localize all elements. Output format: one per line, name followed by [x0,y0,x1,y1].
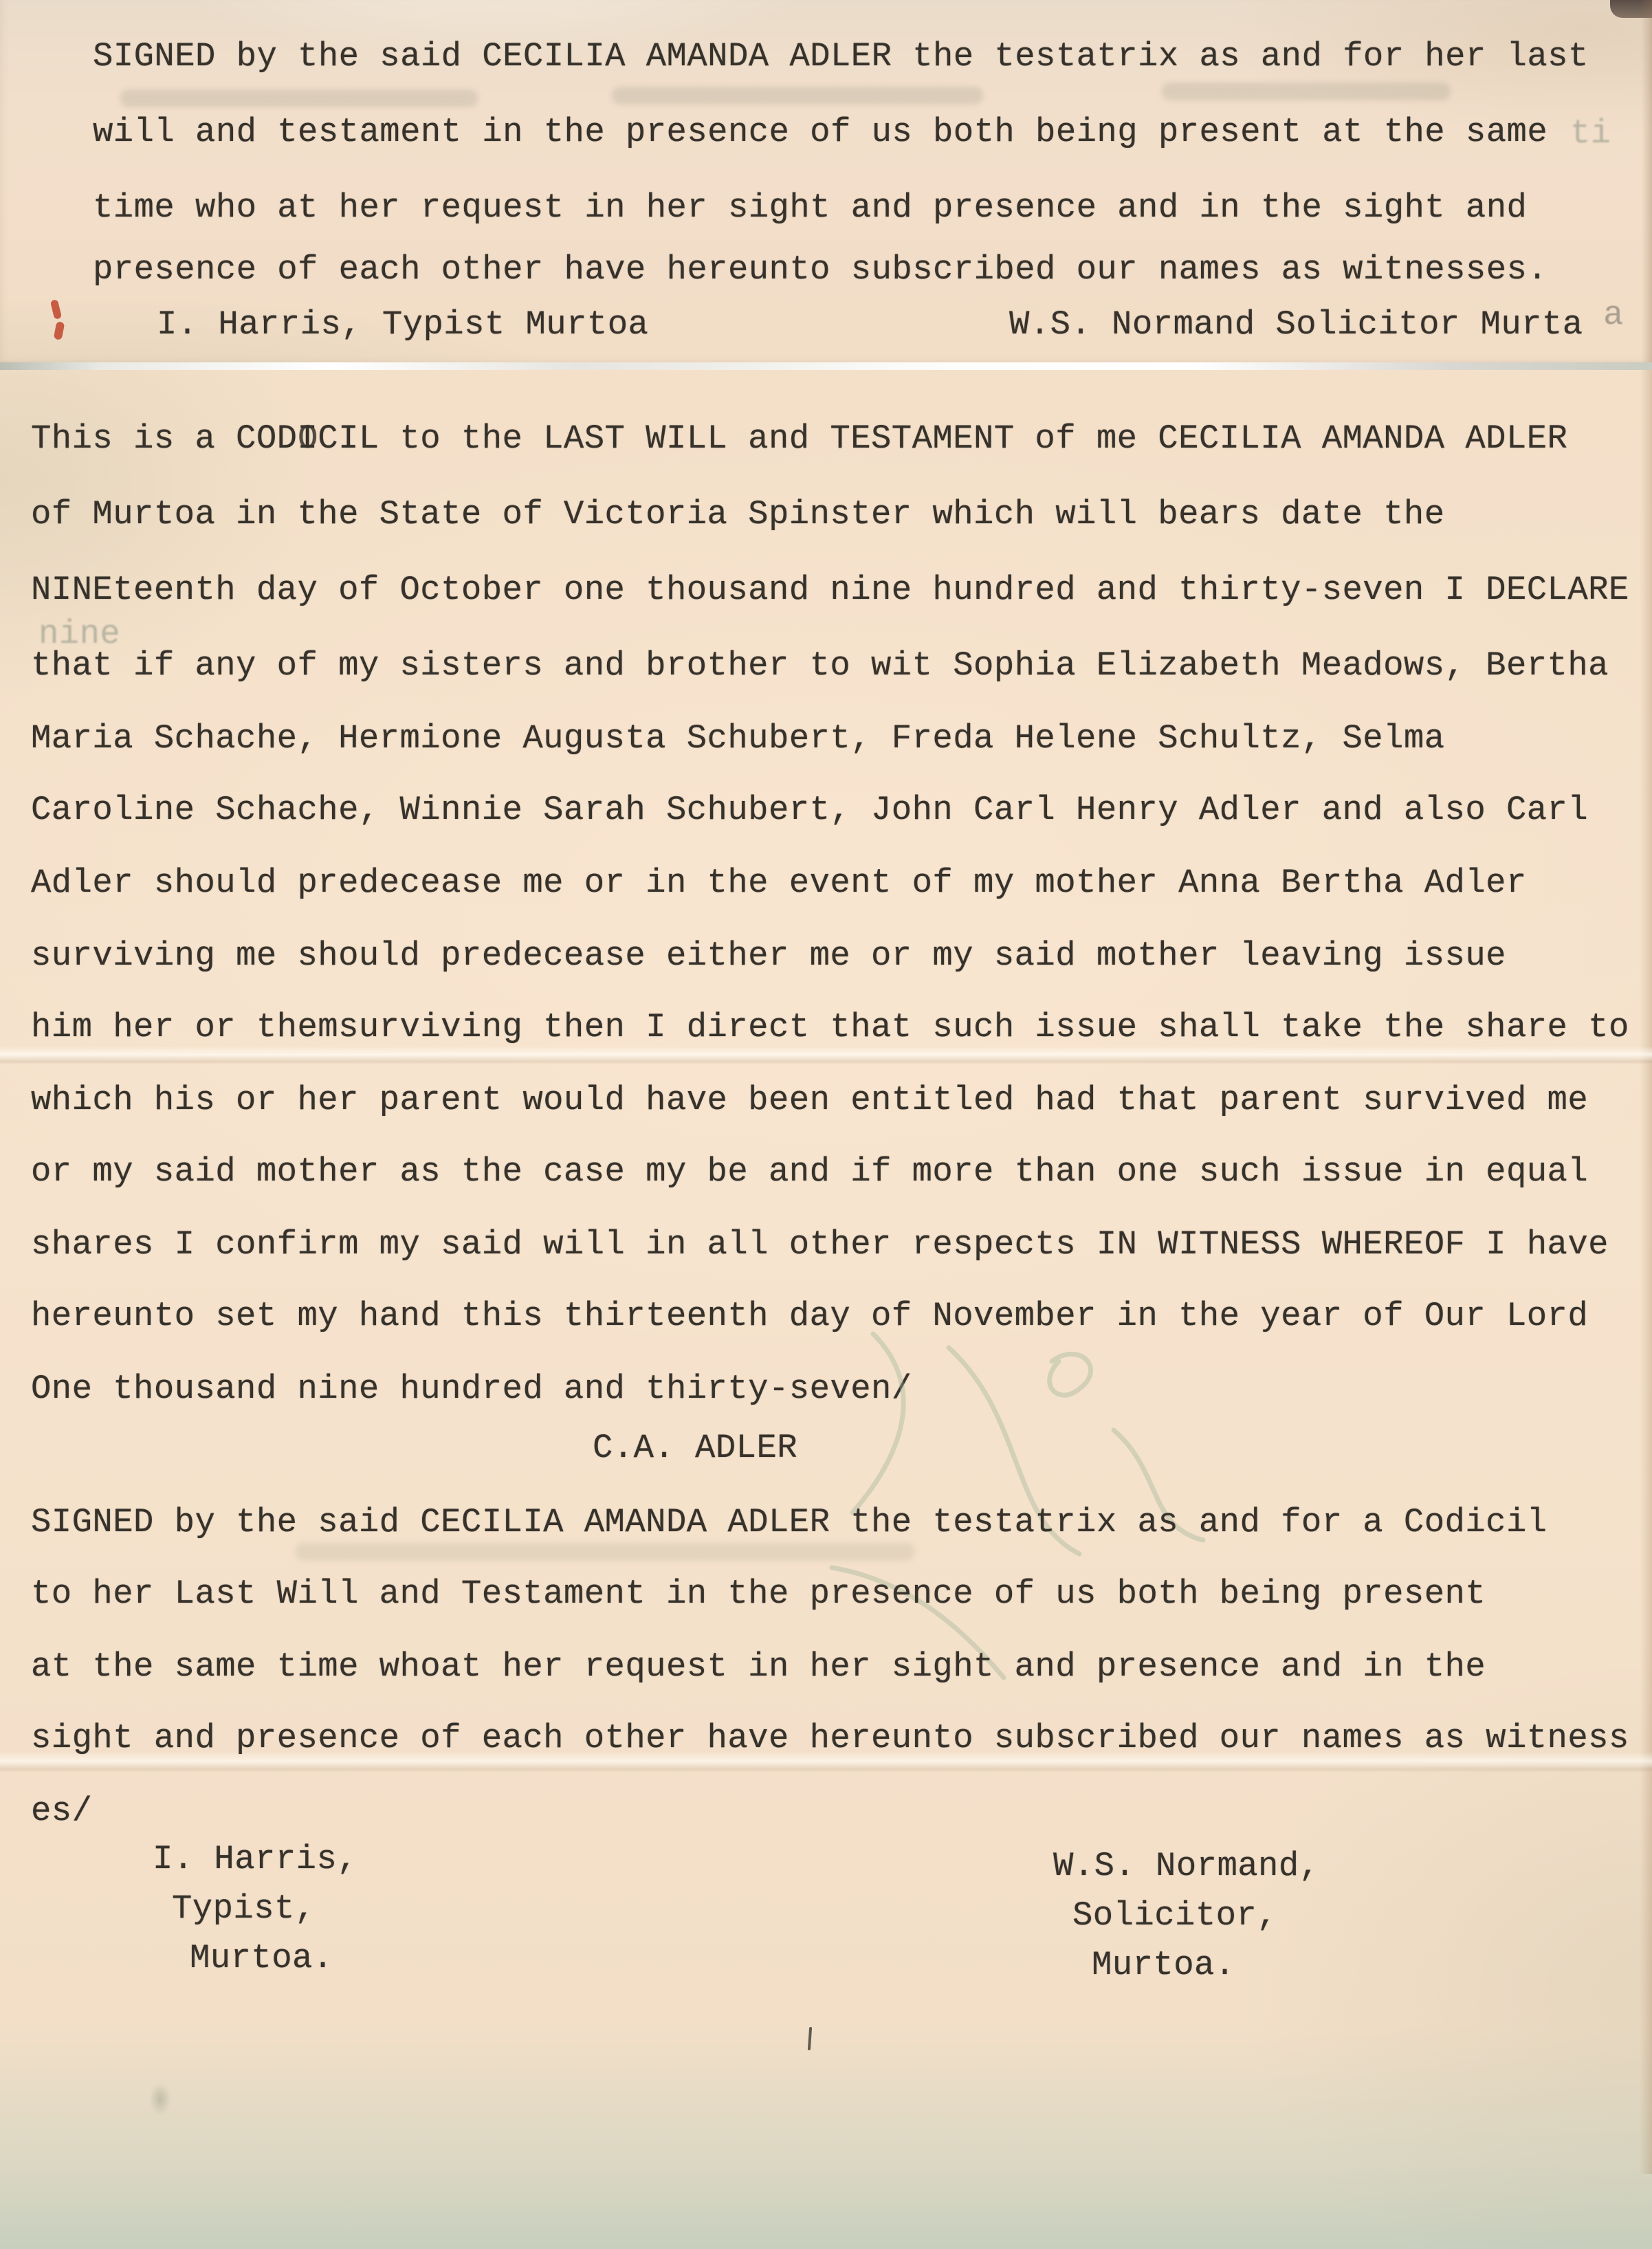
text-line: This is a CODICIL to the LAST WILL and T… [31,421,1567,457]
fold-crease [0,1046,1652,1064]
witness-name: W.S. Normand, [1053,1848,1319,1884]
text-line: at the same time whoat her request in he… [31,1649,1486,1685]
witness-left-line: I. Harris, Typist Murtoa [157,307,648,342]
ink-bleed-smudge [1162,83,1451,100]
text-line: or my said mother as the case my be and … [31,1154,1588,1189]
ink-bleed-smudge [296,1543,914,1561]
text-line: of Murtoa in the State of Victoria Spins… [31,496,1445,532]
witness-role: Typist, [172,1891,316,1927]
scanned-document: { "document": { "colors": { "paper_top":… [0,0,1652,2249]
text-line: es/ [31,1793,92,1829]
handwriting-bleedthrough [791,1293,1409,1705]
text-line: Maria Schache, Hermione Augusta Schubert… [31,721,1445,756]
text-line: SIGNED by the said CECILIA AMANDA ADLER … [93,39,1589,74]
stain [150,2083,170,2115]
text-line: to her Last Will and Testament in the pr… [31,1576,1486,1612]
text-line: shares I confirm my said will in all oth… [31,1227,1609,1262]
overstrike-character: O [298,421,318,457]
text-line: that if any of my sisters and brother to… [31,648,1609,683]
ghost-text: a [1603,297,1624,333]
text-line: SIGNED by the said CECILIA AMANDA ADLER … [31,1504,1548,1540]
witness-name: I. Harris, [153,1841,357,1877]
witness-role: Solicitor, [1072,1898,1277,1933]
text-line: presence of each other have hereunto sub… [93,252,1548,287]
corner-stain [1610,0,1652,18]
text-line: time who at her request in her sight and… [93,190,1527,226]
witness-town: Murtoa. [190,1940,333,1976]
ghost-text: ti [1570,116,1611,151]
text-line: sight and presence of each other have he… [31,1720,1629,1756]
ink-bleed-smudge [120,89,478,107]
text-line: which his or her parent would have been … [31,1082,1588,1118]
ink-bleed-smudge [612,87,983,105]
text-line: surviving me should predecease either me… [31,938,1506,974]
signature-line: C.A. ADLER [593,1430,797,1466]
text-line: will and testament in the presence of us… [93,114,1548,150]
text-line: Adler should predecease me or in the eve… [31,865,1527,901]
text-line: NINEteenth day of October one thousand n… [31,572,1629,608]
witness-right-line: W.S. Normand Solicitor Murta [1009,307,1583,342]
text-line: One thousand nine hundred and thirty-sev… [31,1371,912,1407]
text-line: him her or themsurviving then I direct t… [31,1009,1629,1045]
text-line: Caroline Schache, Winnie Sarah Schubert,… [31,792,1588,828]
witness-town: Murtoa. [1092,1947,1235,1983]
